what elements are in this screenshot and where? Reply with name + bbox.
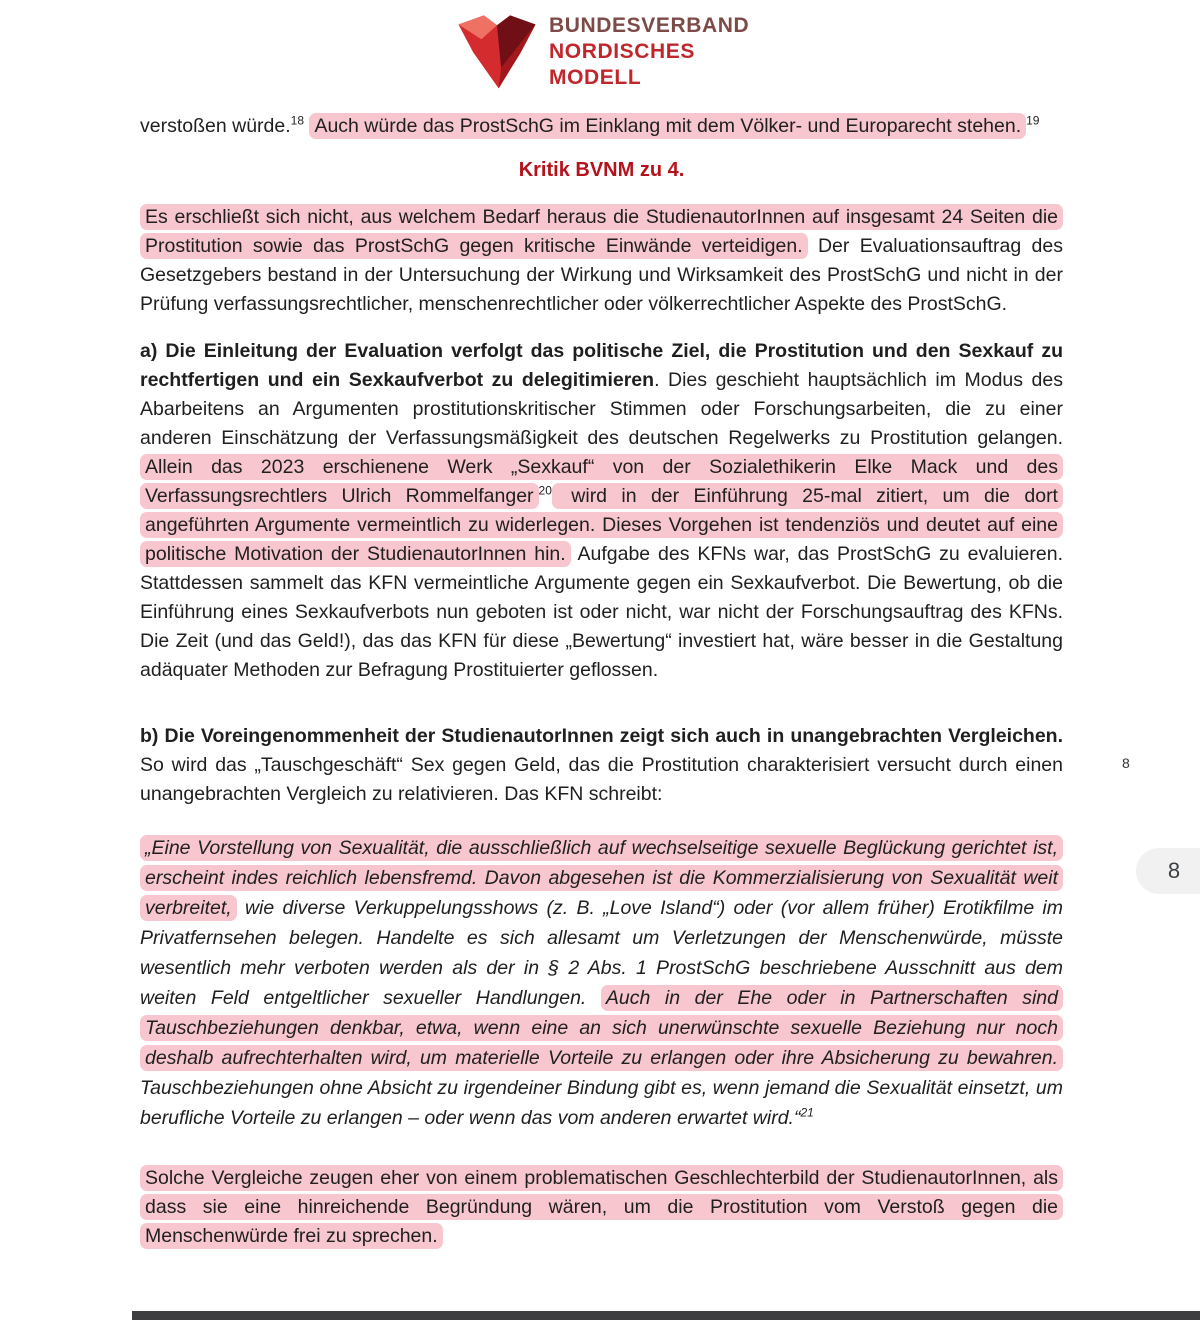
logo-text: BUNDESVERBAND NORDISCHES MODELL (549, 13, 749, 91)
paragraph-final: Solche Vergleiche zeugen eher von einem … (140, 1164, 1063, 1251)
page-number: 8 (1122, 755, 1130, 771)
logo-line-2: NORDISCHES (549, 39, 749, 65)
text-run: verstoßen würde. (140, 115, 291, 137)
paragraph-intro: verstoßen würde.18 Auch würde das ProstS… (140, 112, 1063, 141)
text-run: 19 (1026, 114, 1039, 128)
logo-line-3: MODELL (549, 65, 749, 91)
document-page: BUNDESVERBAND NORDISCHES MODELL verstoße… (0, 0, 1200, 1320)
paragraph-a: a) Die Einleitung der Evaluation verfolg… (140, 337, 1063, 685)
logo-line-1: BUNDESVERBAND (549, 13, 749, 39)
text-run: 18 (291, 114, 304, 128)
text-run: Auch würde das ProstSchG im Einklang mit… (309, 113, 1026, 139)
section-heading: Kritik BVNM zu 4. (140, 159, 1063, 181)
document-body: verstoßen würde.18 Auch würde das ProstS… (140, 112, 1063, 1251)
text-run: Tauschbeziehungen ohne Absicht zu irgend… (140, 1077, 1063, 1129)
gem-icon (456, 12, 538, 91)
next-page-edge (132, 1311, 1200, 1320)
text-run: 21 (800, 1106, 813, 1120)
text-run: So wird das „Tauschgeschäft“ Sex gegen G… (140, 754, 1063, 805)
block-quote: „Eine Vorstellung von Sexualität, die au… (140, 833, 1063, 1133)
page-indicator-badge: 8 (1136, 848, 1200, 894)
page-indicator-number: 8 (1168, 858, 1180, 884)
paragraph-critique: Es erschließt sich nicht, aus welchem Be… (140, 203, 1063, 319)
text-run: 20 (539, 484, 552, 498)
paragraph-b: b) Die Voreingenommenheit der Studienaut… (140, 722, 1063, 809)
text-run: Solche Vergleiche zeugen eher von einem … (140, 1165, 1063, 1249)
bvnm-logo: BUNDESVERBAND NORDISCHES MODELL (456, 12, 749, 91)
text-run: b) Die Voreingenommenheit der Studienaut… (140, 725, 1063, 747)
